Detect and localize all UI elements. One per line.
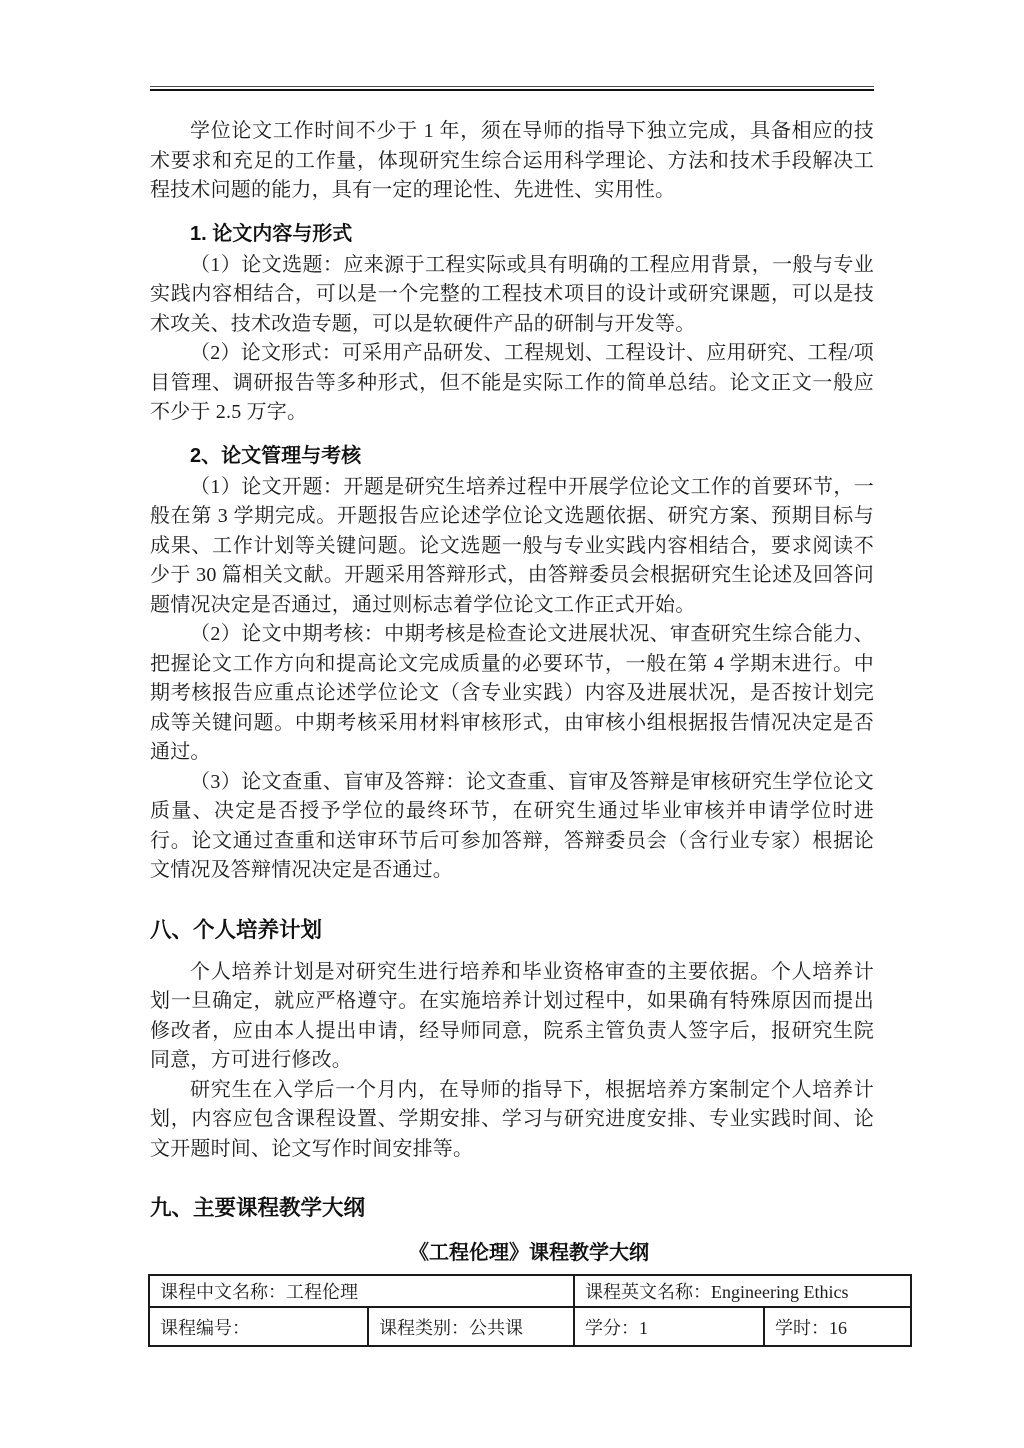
thesis-management-heading: 2、论文管理与考核 [150, 442, 874, 471]
thesis-topic-paragraph: （1）论文选题：应来源于工程实际或具有明确的工程应用背景，一般与专业实践内容相结… [150, 251, 874, 340]
thesis-proposal-paragraph: （1）论文开题：开题是研究生培养过程中开展学位论文工作的首要环节，一般在第 3 … [150, 473, 874, 621]
cell-course-credits: 学分：1 [574, 1307, 764, 1346]
cell-course-hours: 学时：16 [764, 1307, 911, 1346]
thesis-midterm-paragraph: （2）论文中期考核：中期考核是检查论文进展状况、审查研究生综合能力、把握论文工作… [150, 620, 874, 768]
header-rule [150, 86, 874, 91]
table-row-names: 课程中文名称：工程伦理 课程英文名称：Engineering Ethics [149, 1275, 911, 1307]
personal-plan-paragraph-2: 研究生在入学后一个月内，在导师的指导下，根据培养方案制定个人培养计划，内容应包含… [150, 1076, 874, 1165]
cell-course-number: 课程编号： [149, 1307, 368, 1346]
document-page: 学位论文工作时间不少于 1 年，须在导师的指导下独立完成，具备相应的技术要求和充… [0, 0, 1024, 1448]
course-info-table: 课程中文名称：工程伦理 课程英文名称：Engineering Ethics 课程… [148, 1274, 912, 1347]
cell-course-cn-name: 课程中文名称：工程伦理 [149, 1275, 574, 1307]
cell-course-type: 课程类别：公共课 [368, 1307, 574, 1346]
syllabus-heading: 九、主要课程教学大纲 [150, 1194, 874, 1222]
course-outline-title: 《工程伦理》课程教学大纲 [148, 1236, 910, 1265]
course-outline-block: 《工程伦理》课程教学大纲 课程中文名称：工程伦理 课程英文名称：Engineer… [148, 1236, 910, 1347]
thesis-form-paragraph: （2）论文形式：可采用产品研发、工程规划、工程设计、应用研究、工程/项目管理、调… [150, 339, 874, 428]
thesis-defense-paragraph: （3）论文查重、盲审及答辩：论文查重、盲审及答辩是审核研究生学位论文质量、决定是… [150, 768, 874, 886]
page-content: 学位论文工作时间不少于 1 年，须在导师的指导下独立完成，具备相应的技术要求和充… [150, 86, 874, 1347]
personal-plan-heading: 八、个人培养计划 [150, 916, 874, 944]
table-row-details: 课程编号： 课程类别：公共课 学分：1 学时：16 [149, 1307, 911, 1346]
personal-plan-paragraph-1: 个人培养计划是对研究生进行培养和毕业资格审查的主要依据。个人培养计划一旦确定，就… [150, 958, 874, 1076]
cell-course-en-name: 课程英文名称：Engineering Ethics [574, 1275, 911, 1307]
intro-paragraph: 学位论文工作时间不少于 1 年，须在导师的指导下独立完成，具备相应的技术要求和充… [150, 117, 874, 206]
thesis-content-heading: 1. 论文内容与形式 [150, 220, 874, 249]
